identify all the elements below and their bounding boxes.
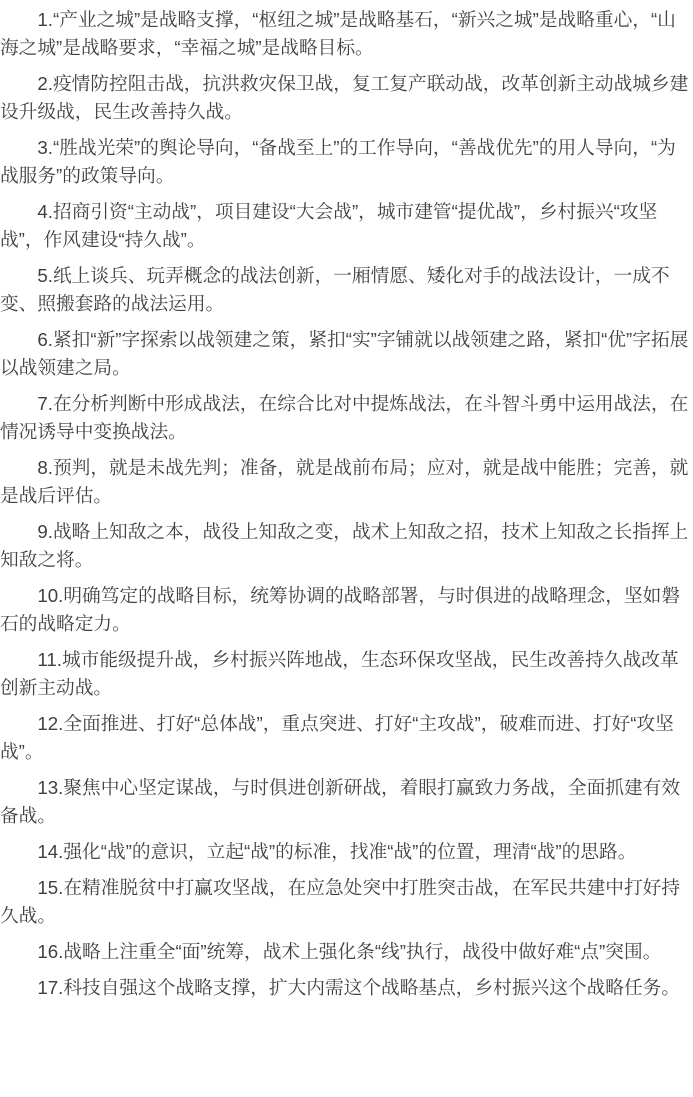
list-item-1: 1.“产业之城”是战略支撑，“枢纽之城”是战略基石，“新兴之城”是战略重心，“山… xyxy=(0,6,693,62)
list-item-7: 7.在分析判断中形成战法，在综合比对中提炼战法，在斗智斗勇中运用战法，在情况诱导… xyxy=(0,390,693,446)
list-item-12: 12.全面推进、打好“总体战”，重点突进、打好“主攻战”，破难而进、打好“攻坚战… xyxy=(0,710,693,766)
list-item-16: 16.战略上注重全“面”统筹，战术上强化条“线”执行，战役中做好难“点”突围。 xyxy=(0,938,693,966)
numbered-list: 1.“产业之城”是战略支撑，“枢纽之城”是战略基石，“新兴之城”是战略重心，“山… xyxy=(0,6,693,1002)
list-item-10: 10.明确笃定的战略目标，统筹协调的战略部署，与时俱进的战略理念，坚如磐石的战略… xyxy=(0,582,693,638)
list-item-2: 2.疫情防控阻击战，抗洪救灾保卫战，复工复产联动战，改革创新主动战城乡建设升级战… xyxy=(0,70,693,126)
list-item-6: 6.紧扣“新”字探索以战领建之策，紧扣“实”字铺就以战领建之路，紧扣“优”字拓展… xyxy=(0,326,693,382)
list-item-4: 4.招商引资“主动战”，项目建设“大会战”，城市建管“提优战”，乡村振兴“攻坚战… xyxy=(0,198,693,254)
list-item-13: 13.聚焦中心坚定谋战，与时俱进创新研战，着眼打赢致力务战，全面抓建有效备战。 xyxy=(0,774,693,830)
list-item-14: 14.强化“战”的意识，立起“战”的标准，找准“战”的位置，理清“战”的思路。 xyxy=(0,838,693,866)
list-item-17: 17.科技自强这个战略支撑，扩大内需这个战略基点，乡村振兴这个战略任务。 xyxy=(0,974,693,1002)
list-item-11: 11.城市能级提升战，乡村振兴阵地战，生态环保攻坚战，民生改善持久战改革创新主动… xyxy=(0,646,693,702)
list-item-8: 8.预判，就是未战先判；准备，就是战前布局；应对，就是战中能胜；完善，就是战后评… xyxy=(0,454,693,510)
document-page: 1.“产业之城”是战略支撑，“枢纽之城”是战略基石，“新兴之城”是战略重心，“山… xyxy=(0,0,693,1097)
list-item-9: 9.战略上知敌之本，战役上知敌之变，战术上知敌之招，技术上知敌之长指挥上知敌之将… xyxy=(0,518,693,574)
list-item-15: 15.在精准脱贫中打赢攻坚战，在应急处突中打胜突击战，在军民共建中打好持久战。 xyxy=(0,874,693,930)
list-item-5: 5.纸上谈兵、玩弄概念的战法创新，一厢情愿、矮化对手的战法设计，一成不变、照搬套… xyxy=(0,262,693,318)
list-item-3: 3.“胜战光荣”的舆论导向，“备战至上”的工作导向，“善战优先”的用人导向，“为… xyxy=(0,134,693,190)
